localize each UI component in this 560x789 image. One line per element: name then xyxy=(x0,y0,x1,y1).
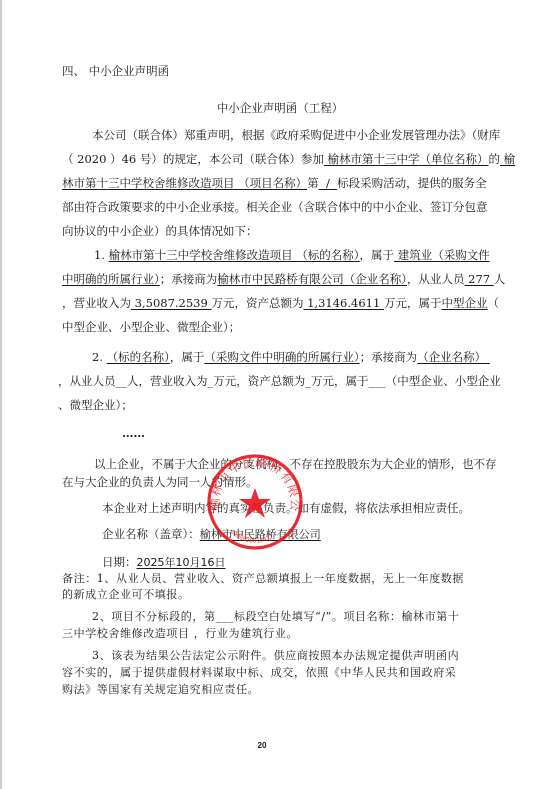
note-3-line-1: 3、该表为结果公告法定公示附件。供应商按照本办法规定提供声明函内 xyxy=(92,649,459,663)
item-number: 1. xyxy=(94,248,109,262)
note-3-line-3: 购法》等国家有关规定追究相应责任。 xyxy=(62,683,259,697)
item2-line-1: 2. （标的名称），属于（采购文件中明确的所属行业）；承接商为（企业名称） xyxy=(92,350,490,364)
contractor-name-field: 榆林市中民路桥有限公司（企业名称） xyxy=(217,272,407,286)
item-text: ，从业人员 xyxy=(407,272,465,286)
unit-name-field: 榆林市第十三中学（单位名称） xyxy=(324,152,489,166)
intro-text: 标段采购活动，提供的服务全 xyxy=(337,176,487,190)
item2-line-3: 、微型企业）； xyxy=(58,398,133,412)
employee-count-field: 277 xyxy=(465,272,494,286)
item1-line-2: 中明确的所属行业）；承接商为榆林市中民路桥有限公司（企业名称），从业人员 277… xyxy=(62,272,505,286)
company-name-label: 企业名称（盖章）： xyxy=(102,527,200,541)
project-name-field: 榆 xyxy=(500,152,515,166)
intro-line-1: 本公司（联合体）郑重声明，根据《政府采购促进中小企业发展管理办法》（财库 xyxy=(92,128,500,142)
item2-line-2: ，从业人员__人，营业收入为_万元，资产总额为_万元，属于___（中型企业、小型… xyxy=(58,374,501,388)
intro-line-5: 向协议的中小企业）的具体情况如下： xyxy=(62,224,258,238)
item-text: ；承接商为 xyxy=(360,350,418,364)
revenue-field: 3,5087.2539 xyxy=(131,296,211,310)
project-name-field: 林市第十三中学校舍维修改造项目 （项目名称） xyxy=(62,176,307,190)
company-seal-stamp-icon: 榆林市中民路桥有限公司 6108020015417 xyxy=(205,452,305,552)
intro-text: 第 xyxy=(307,176,319,190)
item-text: ，营业收入为 xyxy=(62,296,131,310)
item1-line-1: 1. 榆林市第十三中学校舍维修改造项目 （标的名称），属于 建筑业（采购文件 xyxy=(94,248,490,262)
intro-text: 的 xyxy=(489,152,501,166)
item-number: 2. xyxy=(92,350,107,364)
page-number: 20 xyxy=(0,741,524,750)
enterprise-type-field: 中型企业 xyxy=(441,296,487,310)
industry-field: 中明确的所属行业） xyxy=(62,272,160,286)
contractor-name-field: （企业名称） xyxy=(417,350,490,364)
note-1-line-2: 的新成立企业可不填报。 xyxy=(62,588,190,602)
intro-text: （ 2020 ）46 号）的规定，本公司（联合体）参加 xyxy=(62,152,324,166)
note-2-line-2: 三中学校舍维修改造项目 ，行业为建筑行业。 xyxy=(62,627,298,641)
item-text: 人 xyxy=(494,272,506,286)
lot-number-field: / xyxy=(319,176,338,190)
intro-line-2: （ 2020 ）46 号）的规定，本公司（联合体）参加 榆林市第十三中学（单位名… xyxy=(62,152,515,166)
total-assets-field: 1,3146.4611 xyxy=(303,296,383,310)
date-row: 日期：2025年10月16日 xyxy=(102,555,226,570)
date-value: 2025年10月16日 xyxy=(137,556,226,569)
item-text: 万元，资产总额为 xyxy=(211,296,303,310)
item-text: ；承接商为 xyxy=(160,272,218,286)
document-title: 中小企业声明函（工程） xyxy=(0,101,560,115)
subject-name-field: （标的名称） xyxy=(107,350,170,364)
item1-line-4: 中型企业、小型企业、微型企业）； xyxy=(62,320,240,334)
item-text: ，属于 xyxy=(170,350,205,364)
industry-field: 建筑业（采购文件 xyxy=(394,248,490,262)
note-2-line-1: 2、项目不分标段的，第___标段空白处填写“/”。项目名称：榆林市第十 xyxy=(92,610,459,624)
section-heading: 四、 中小企业声明函 xyxy=(62,64,169,78)
item-text: （ xyxy=(487,296,499,310)
document-page: 四、 中小企业声明函 中小企业声明函（工程） 本公司（联合体）郑重声明，根据《政… xyxy=(0,0,560,789)
item-text: 万元，属于 xyxy=(384,296,442,310)
industry-field: （采购文件中明确的所属行业） xyxy=(204,350,359,364)
note-1-line-1: 备注：1、从业人员、营业收入、资产总额填报上一年度数据，无上一年度数据 xyxy=(62,572,464,586)
date-label: 日期： xyxy=(102,555,137,569)
subject-name-field: 榆林市第十三中学校舍维修改造项目 （标的名称） xyxy=(109,248,360,262)
intro-line-3: 林市第十三中学校舍维修改造项目 （项目名称）第 / 标段采购活动，提供的服务全 xyxy=(62,176,487,190)
note-3-line-2: 容不实的，属于提供虚假材料谋取中标、成交，依照《中华人民共和国政府采 xyxy=(62,666,456,680)
item1-line-3: ，营业收入为 3,5087.2539 万元，资产总额为 1,3146.4611 … xyxy=(62,296,499,310)
intro-line-4: 部由符合政策要求的中小企业承接。相关企业（含联合体中的中小企业、签订分包意 xyxy=(62,200,488,214)
item-text: ，属于 xyxy=(360,248,395,262)
ellipsis: …… xyxy=(122,426,145,440)
